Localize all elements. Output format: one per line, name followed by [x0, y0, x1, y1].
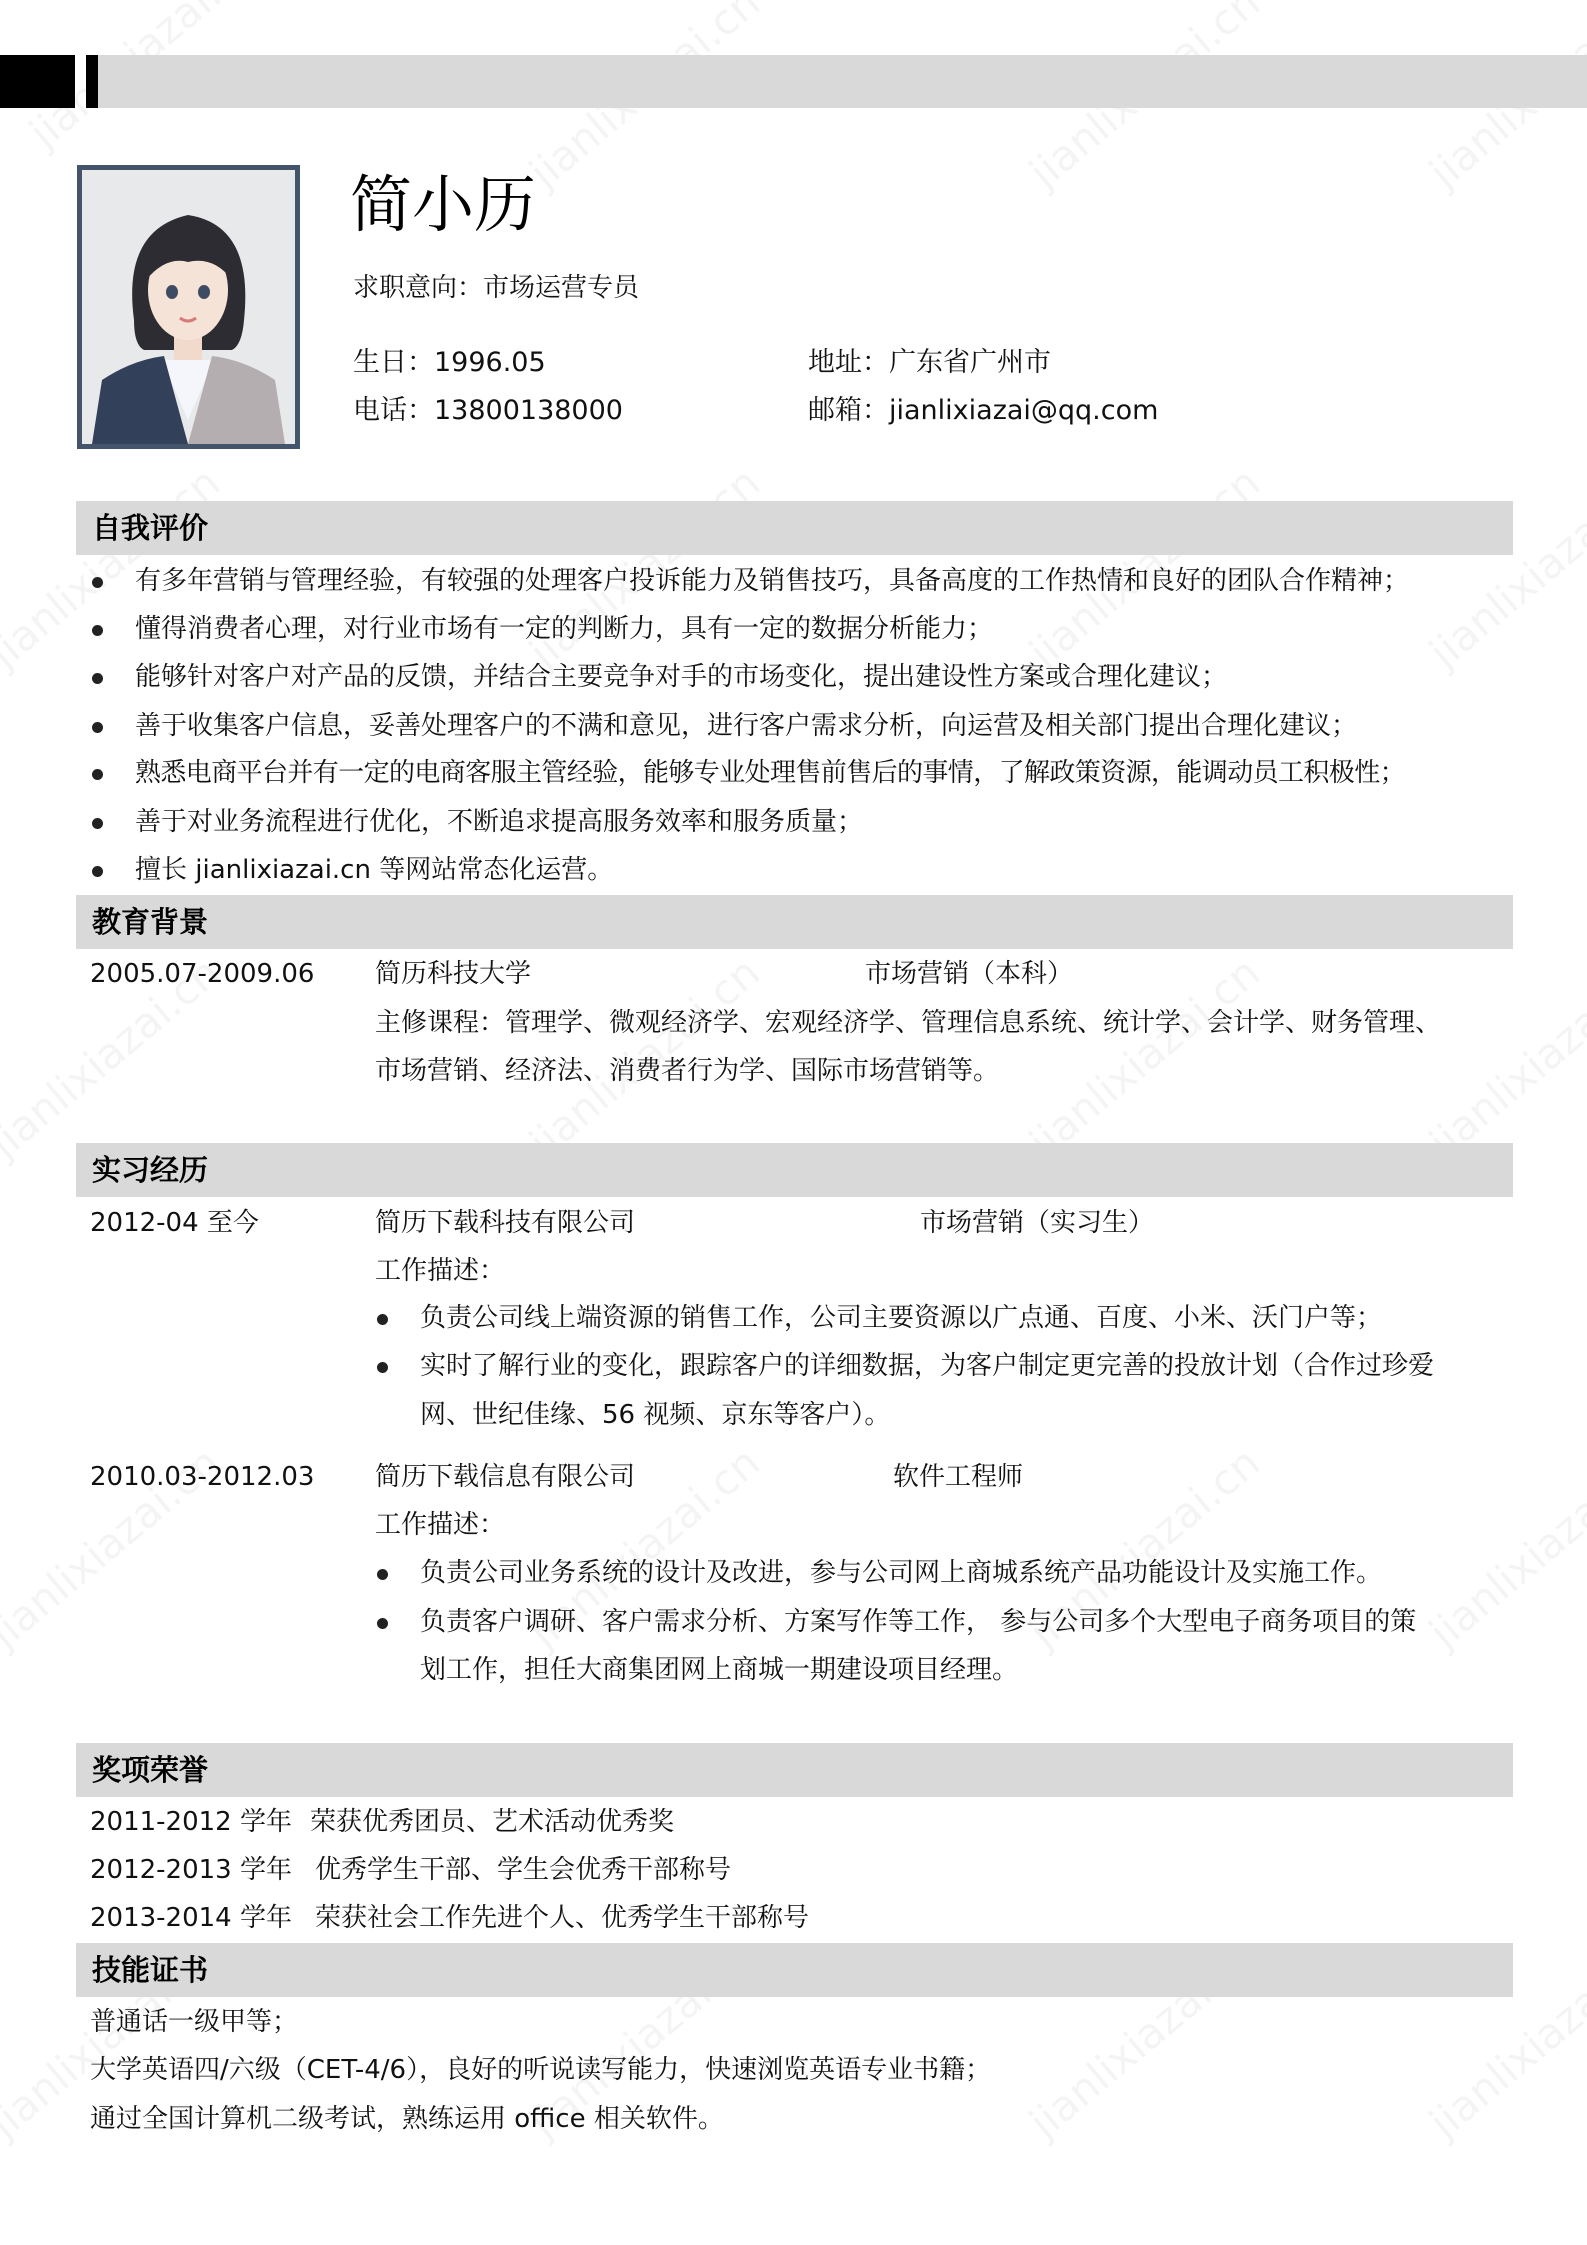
- section-header-internship: 实习经历: [76, 1143, 1513, 1197]
- section-header-self-evaluation: 自我评价: [76, 501, 1513, 555]
- skill-item: 大学英语四/六级（CET-4/6），良好的听说读写能力，快速浏览英语专业书籍；: [90, 2050, 991, 2090]
- work-bullet: 负责公司线上端资源的销售工作，公司主要资源以广点通、百度、小米、沃门户等；: [420, 1298, 1382, 1338]
- section-title: 奖项荣誉: [92, 1743, 208, 1797]
- profile-photo: [77, 165, 300, 449]
- top-black-stripe: [86, 55, 98, 108]
- award-text: 荣获社会工作先进个人、优秀学生干部称号: [315, 1898, 809, 1938]
- role: 市场营销（实习生）: [920, 1203, 1154, 1243]
- bullet-icon: [92, 722, 103, 733]
- bullet-icon: [92, 769, 103, 780]
- list-item: 熟悉电商平台并有一定的电商客服主管经验，能够专业处理售前售后的事情，了解政策资源…: [135, 753, 1405, 793]
- section-header-skills: 技能证书: [76, 1943, 1513, 1997]
- work-bullet: 负责公司业务系统的设计及改进，参与公司网上商城系统产品功能设计及实施工作。: [420, 1553, 1382, 1593]
- watermark: jianlixiazai.cn: [1420, 1438, 1587, 1658]
- list-item: 善于收集客户信息，妥善处理客户的不满和意见，进行客户需求分析，向运营及相关部门提…: [135, 706, 1357, 746]
- skill-item: 通过全国计算机二级考试，熟练运用 office 相关软件。: [90, 2099, 724, 2139]
- award-text: 荣获优秀团员、艺术活动优秀奖: [310, 1802, 674, 1842]
- company-name: 简历下载科技有限公司: [375, 1203, 635, 1243]
- education-period: 2005.07-2009.06: [90, 954, 314, 994]
- list-item: 善于对业务流程进行优化，不断追求提高服务效率和服务质量；: [135, 802, 863, 842]
- bullet-icon: [92, 673, 103, 684]
- list-item: 有多年营销与管理经验，有较强的处理客户投诉能力及销售技巧，具备高度的工作热情和良…: [135, 561, 1409, 601]
- internship-period: 2010.03-2012.03: [90, 1457, 314, 1497]
- school-name: 简历科技大学: [375, 954, 531, 994]
- top-decorative-bar: [86, 55, 1587, 108]
- bullet-icon: [92, 625, 103, 636]
- award-text: 优秀学生干部、学生会优秀干部称号: [315, 1850, 731, 1890]
- bullet-icon: [377, 1618, 388, 1629]
- award-year: 2012-2013 学年: [90, 1850, 292, 1890]
- section-title: 教育背景: [92, 895, 208, 949]
- internship-period: 2012-04 至今: [90, 1203, 259, 1243]
- work-description-label: 工作描述：: [375, 1505, 505, 1545]
- email: 邮箱：jianlixiazai@qq.com: [808, 391, 1158, 431]
- role: 软件工程师: [893, 1457, 1023, 1497]
- list-item: 能够针对客户对产品的反馈，并结合主要竞争对手的市场变化，提出建设性方案或合理化建…: [135, 657, 1227, 697]
- work-description-label: 工作描述：: [375, 1251, 505, 1291]
- company-name: 简历下载信息有限公司: [375, 1457, 635, 1497]
- top-black-block: [0, 55, 75, 108]
- work-bullet: 负责客户调研、客户需求分析、方案写作等工作， 参与公司多个大型电子商务项目的策: [420, 1602, 1416, 1642]
- avatar-illustration-icon: [82, 170, 295, 444]
- phone: 电话：13800138000: [353, 391, 623, 431]
- candidate-name: 简小历: [350, 168, 536, 242]
- award-year: 2013-2014 学年: [90, 1898, 292, 1938]
- section-header-awards: 奖项荣誉: [76, 1743, 1513, 1797]
- section-header-education: 教育背景: [76, 895, 1513, 949]
- work-bullet-continued: 划工作，担任大商集团网上商城一期建设项目经理。: [420, 1650, 1018, 1690]
- work-bullet: 实时了解行业的变化，跟踪客户的详细数据，为客户制定更完善的投放计划（合作过珍爱: [420, 1346, 1434, 1386]
- courses-continued: 市场营销、经济法、消费者行为学、国际市场营销等。: [375, 1051, 999, 1091]
- skill-item: 普通话一级甲等；: [90, 2002, 298, 2042]
- section-title: 自我评价: [92, 501, 208, 555]
- list-item: 擅长 jianlixiazai.cn 等网站常态化运营。: [135, 850, 613, 890]
- work-bullet-continued: 网、世纪佳缘、56 视频、京东等客户）。: [420, 1395, 890, 1435]
- watermark: jianlixiazai.cn: [1420, 458, 1587, 678]
- job-intent: 求职意向：市场运营专员: [353, 268, 639, 308]
- courses: 主修课程：管理学、微观经济学、宏观经济学、管理信息系统、统计学、会计学、财务管理…: [375, 1003, 1441, 1043]
- major: 市场营销（本科）: [865, 954, 1073, 994]
- award-year: 2011-2012 学年: [90, 1802, 292, 1842]
- birthday: 生日：1996.05: [353, 343, 546, 383]
- section-title: 实习经历: [92, 1143, 208, 1197]
- list-item: 懂得消费者心理，对行业市场有一定的判断力，具有一定的数据分析能力；: [135, 609, 993, 649]
- bullet-icon: [377, 1569, 388, 1580]
- bullet-icon: [92, 577, 103, 588]
- bullet-icon: [92, 866, 103, 877]
- address: 地址：广东省广州市: [808, 343, 1051, 383]
- section-title: 技能证书: [92, 1943, 208, 1997]
- bullet-icon: [377, 1362, 388, 1373]
- bullet-icon: [92, 818, 103, 829]
- bullet-icon: [377, 1314, 388, 1325]
- watermark: jianlixiazai.cn: [1420, 948, 1587, 1168]
